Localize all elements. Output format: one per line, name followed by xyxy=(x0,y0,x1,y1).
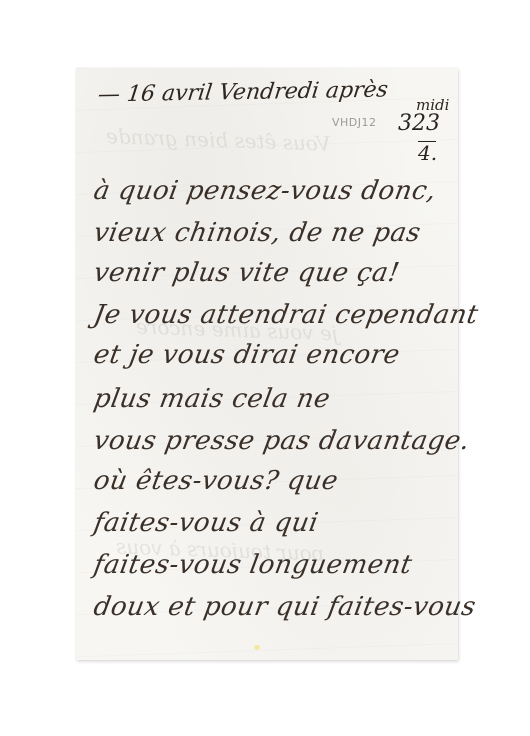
letter-line: à quoi pensez-vous donc, xyxy=(91,176,438,206)
folio-sub: 4. xyxy=(418,141,436,164)
letter-line: vieux chinois, de ne pas xyxy=(91,218,423,248)
letter-line: et je vous dirai encore xyxy=(91,340,402,370)
letter-line: plus mais cela ne xyxy=(91,384,332,414)
folio-number: 323 xyxy=(398,111,440,136)
letter-line: doux et pour qui faites-vous xyxy=(91,592,478,622)
letter-page: Vous êtes bien grande je vous aime encor… xyxy=(76,68,458,660)
letter-line: faites-vous à qui xyxy=(91,508,320,538)
bleed-through-text: Vous êtes bien grande xyxy=(106,124,331,156)
letter-line: Je vous attendrai cependant xyxy=(91,300,480,330)
dateline-text: — 16 avril Vendredi après xyxy=(96,77,389,107)
letter-line: faites-vous longuement xyxy=(91,550,414,580)
letter-line: venir plus vite que ça! xyxy=(91,258,402,288)
dateline: — 16 avril Vendredi après xyxy=(96,77,389,107)
archive-label: VHDJ12 xyxy=(332,116,377,129)
letter-line: vous presse pas davantage. xyxy=(91,426,472,456)
paper-stain xyxy=(254,645,260,650)
letter-line: où êtes-vous? que xyxy=(91,466,340,496)
